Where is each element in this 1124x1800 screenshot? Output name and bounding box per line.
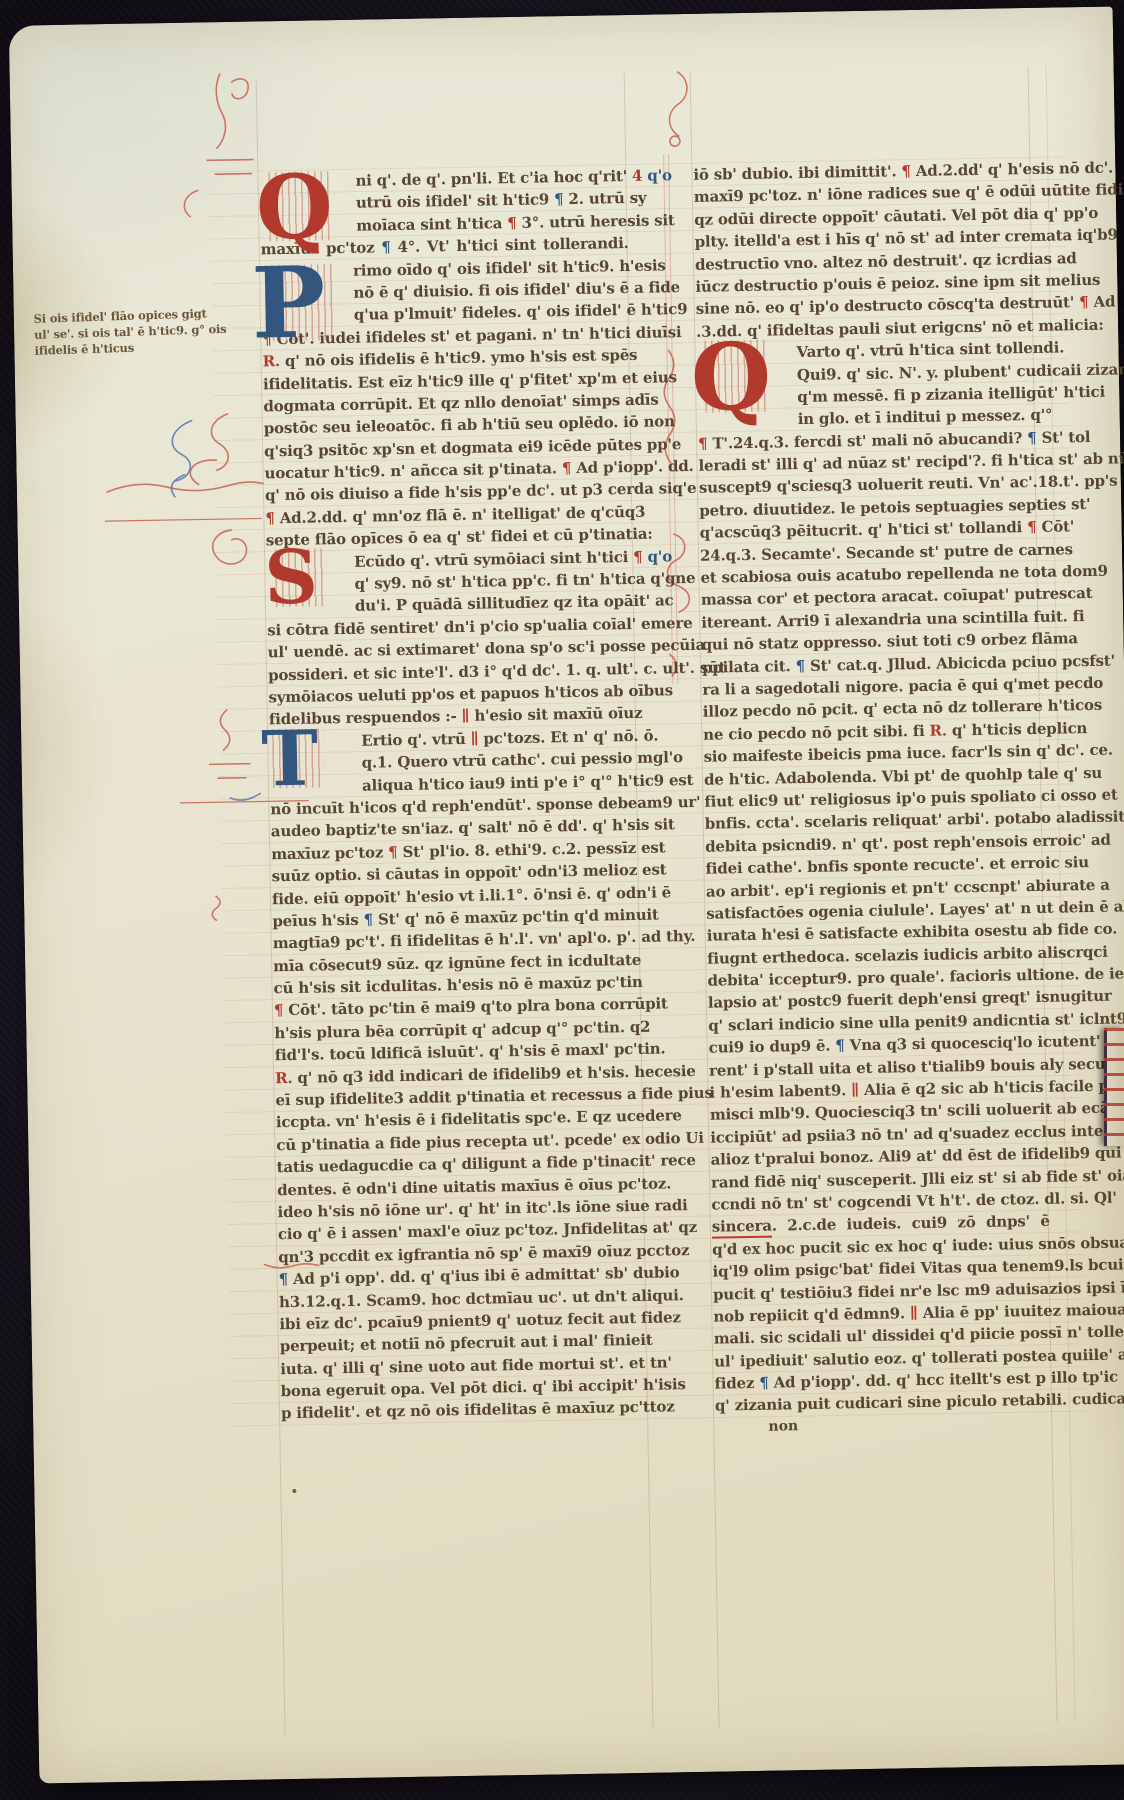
drop-cap-initial-Q: Q <box>690 332 776 425</box>
rubric-red-mark: ¶ <box>1079 293 1089 311</box>
initial-letter: P <box>251 256 343 352</box>
text-segment: St' tol <box>1036 428 1090 447</box>
text-segment: Ad.2.dd' q' h'esis nō dc'. <box>911 159 1114 181</box>
text-segment: Varto q'. vtrū h'tica sint tollendi. <box>796 339 1064 362</box>
text-segment: in glo. et ī inditui p messez. q'° <box>798 406 1053 428</box>
text-segment: T'.24.q.3. fercdi st' mali nō abucandi? <box>707 429 1027 453</box>
facing-page-edge <box>1104 1028 1124 1146</box>
rubric-red-mark: R. <box>275 1069 293 1087</box>
text-segment: p ifidelit'. et qz nō ois ifidelitas ē m… <box>281 1398 675 1423</box>
text-segment: utrū ois ifidel' sit h'tic9 <box>356 191 555 212</box>
text-segment: 3°. utrū heresis sit <box>516 211 674 232</box>
drop-cap-initial-Q: Q <box>255 164 337 253</box>
marginal-gloss: Si ois ifidel' flāo opices gigtul' se'. … <box>33 304 242 359</box>
text-segment: nob repiicit q'd ēdmn9. <box>713 1304 910 1325</box>
rubric-blue-mark: ¶ <box>381 238 391 256</box>
text-segment: q'acscūq3 pēitucrit. q' h'tici st' tolla… <box>700 518 1028 542</box>
rubric-red-mark: R. <box>929 721 947 739</box>
rubric-red-mark: ∥ <box>461 707 474 725</box>
rubric-blue-mark: ¶ <box>835 1037 845 1055</box>
catchword: non <box>723 1417 843 1435</box>
text-segment: 4°. Vt' h'tici sint tollerandi. <box>391 234 629 256</box>
rubric-red-mark: ¶ <box>562 459 572 477</box>
text-segment: Ecūdo q'. vtrū symōiaci sint h'tici <box>354 548 633 571</box>
text-segment: . 2.c.de iudeis. cui9 zō dnps' ē <box>772 1212 1050 1235</box>
initial-letter: S <box>264 542 333 614</box>
initial-letter: T <box>261 722 332 796</box>
background-cloth: { "page": { "kind": "Illuminated gothic … <box>0 0 1124 1800</box>
text-segment: fidez <box>714 1374 759 1393</box>
initial-letter: Q <box>255 164 337 250</box>
rubric-blue-mark: ¶ <box>554 191 564 209</box>
rubric-blue-mark: ¶ <box>363 910 373 928</box>
text-segment: rimo oīdo q' ois ifidel' sit h'tic9. h'e… <box>353 256 666 279</box>
rubric-red-mark: ∥ <box>470 729 483 747</box>
text-segment: peīus h'sis <box>272 911 364 931</box>
text-segment: pc'tozs. Et n' q' nō. ō. <box>483 726 658 747</box>
text-segment: q' h'ticis deplicn <box>947 719 1088 739</box>
text-segment: Ad p'iopp'. dd. <box>571 457 694 477</box>
text-segment: Ertio q'. vtrū <box>361 730 471 750</box>
text-segment: q.1. Quero vtrū cathc'. cui pessio mgl'o <box>362 748 683 772</box>
text-segment: Ad <box>1088 293 1115 311</box>
rubric-blue-mark: ¶ <box>795 657 805 675</box>
text-segment: iō sb' dubio. ibi dimittit'. <box>693 162 901 184</box>
text-segment: Cōt' <box>1036 518 1074 537</box>
text-segment: q'ua p'lmuit' fideles. q' ois ifidel' ē … <box>354 300 688 324</box>
rubric-red-mark: ¶ <box>1027 518 1037 536</box>
rubric-blue-mark: q'o <box>647 166 672 184</box>
text-segment: 2. utrū sy <box>563 189 646 208</box>
rubric-red-mark: 4 <box>627 167 648 185</box>
initial-letter: Q <box>690 332 776 422</box>
text-segment: h'esio sit maxīū oīuz <box>474 704 642 725</box>
text-segment: cui9 io dup9 ē. <box>709 1037 836 1057</box>
text-segment: St' q' nō ē maxūz pc'tin q'd minuit <box>373 905 659 928</box>
text-segment: i h'esim labent9. <box>709 1081 851 1101</box>
manuscript-page: Si ois ifidel' flāo opices gigtul' se'. … <box>9 7 1124 1784</box>
ink-speck <box>292 1489 296 1493</box>
drop-cap-initial-P: P <box>251 256 343 356</box>
text-segment: St' pl'io. 8. ethi'9. c.2. pessīz est <box>397 838 665 861</box>
text-segment: aliqua h'tico iau9 inti p'e i° q'° h'tic… <box>362 770 694 794</box>
text-segment: q'm messē. fi p zizania itelligūt' h'tic… <box>797 383 1105 406</box>
text-segment: moīaca sint h'tica <box>356 214 507 235</box>
text-segment: uocatur h'tic9. n' añcca sit p'tinata. <box>264 459 562 482</box>
drop-cap-initial-S: S <box>264 542 333 617</box>
text-segment: ppilata cit. <box>702 657 796 677</box>
text-segment: du'i. P quādā sillitudīez qz ita opāit' … <box>355 592 674 616</box>
rubric-blue-mark: ¶ <box>759 1374 769 1392</box>
text-segment: ni q'. de q'. pn'li. Et c'ia hoc q'rit' <box>355 167 627 190</box>
text-segment: ne cio pecdo nō pcit sibi. fi <box>703 722 930 744</box>
drop-cap-initial-T: T <box>261 722 332 799</box>
text-segment: nō ē q' diuisio. fi ois ifidel' diu's ē … <box>353 278 680 302</box>
text-segment: maxīuz pc'toz <box>271 843 388 863</box>
rubric-blue-mark: q'o <box>642 547 672 566</box>
text-segment: Qui9. q' sic. N'. y. plubent' cudicaii z… <box>797 360 1124 384</box>
text-segment: Alia ē pp' iuuitez maioua <box>918 1300 1124 1322</box>
red-underlined-word: sincera <box>712 1217 772 1239</box>
